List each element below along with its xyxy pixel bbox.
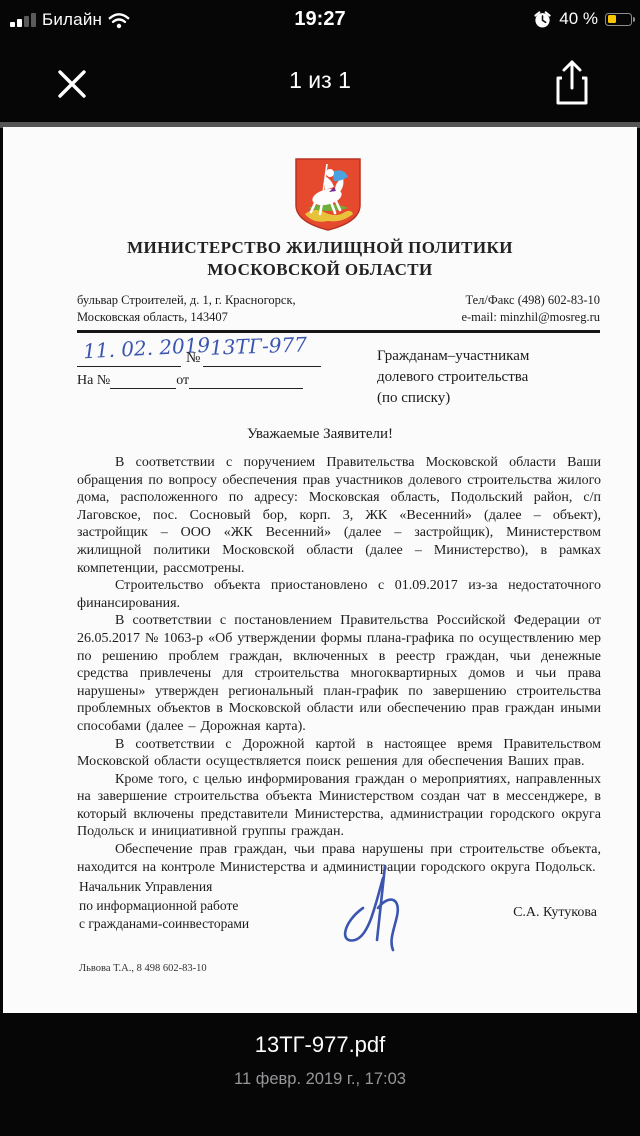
viewer-toolbar: 1 из 1: [0, 50, 640, 116]
letter-paragraph: В соответствии с Дорожной картой в насто…: [77, 736, 601, 771]
letter-paragraph: В соответствии с поручением Правительств…: [77, 454, 601, 577]
reference-line: На № от: [77, 369, 303, 389]
addressee-line2: долевого строительства: [377, 367, 529, 388]
moscow-oblast-coat-of-arms: [292, 157, 364, 232]
number-sign: №: [186, 350, 200, 367]
address-line2: Московская область, 143407: [77, 309, 296, 326]
handwritten-number: 13ТГ-977: [210, 332, 308, 359]
ref-label-na: На №: [77, 373, 110, 389]
alarm-icon: [533, 10, 552, 29]
addressee-block: Гражданам–участникам долевого строительс…: [377, 346, 529, 409]
signer-name: С.А. Кутукова: [513, 905, 597, 921]
status-bar: Билайн 19:27 40 %: [0, 0, 640, 42]
battery-percent-label: 40 %: [559, 9, 598, 29]
salutation: Уважаемые Заявители!: [3, 426, 637, 443]
letter-paragraph: Кроме того, с целью информирования гражд…: [77, 771, 601, 841]
ministry-title-line2: МОСКОВСКОЙ ОБЛАСТИ: [3, 260, 637, 280]
signer-position-line3: с гражданами-соинвесторами: [79, 915, 249, 934]
letter-paragraph: В соответствии с постановлением Правител…: [77, 612, 601, 735]
page-indicator: 1 из 1: [0, 67, 640, 94]
address-line1: бульвар Строителей, д. 1, г. Красногорск…: [77, 292, 296, 309]
ref-underline-1: [110, 371, 176, 389]
file-info: 13ТГ-977.pdf 11 февр. 2019 г., 17:03: [0, 1032, 640, 1089]
ministry-title-line1: МИНИСТЕРСТВО ЖИЛИЩНОЙ ПОЛИТИКИ: [3, 238, 637, 258]
signer-position: Начальник Управления по информационной р…: [79, 878, 249, 934]
share-icon[interactable]: [550, 58, 594, 108]
letter-paragraph: Строительство объекта приостановлено с 0…: [77, 577, 601, 612]
executor-contact: Львова Т.А., 8 498 602-83-10: [79, 963, 207, 974]
addressee-line1: Гражданам–участникам: [377, 346, 529, 367]
pdf-page[interactable]: МИНИСТЕРСТВО ЖИЛИЩНОЙ ПОЛИТИКИ МОСКОВСКО…: [3, 127, 637, 1013]
handwritten-signature: [333, 860, 415, 952]
signer-position-line1: Начальник Управления: [79, 878, 249, 897]
file-name: 13ТГ-977.pdf: [0, 1032, 640, 1058]
addressee-line3: (по списку): [377, 388, 529, 409]
screen: Билайн 19:27 40 % 1 из 1: [0, 0, 640, 1136]
battery-icon: [605, 13, 632, 26]
signer-position-line2: по информационной работе: [79, 897, 249, 916]
ministry-contacts: Тел/Факс (498) 602-83-10 e-mail: minzhil…: [461, 292, 600, 326]
letter-body: В соответствии с поручением Правительств…: [77, 454, 601, 876]
ref-label-ot: от: [176, 373, 189, 389]
email-line: e-mail: minzhil@mosreg.ru: [461, 309, 600, 326]
phone-line: Тел/Факс (498) 602-83-10: [461, 292, 600, 309]
ministry-address: бульвар Строителей, д. 1, г. Красногорск…: [77, 292, 296, 326]
ref-underline-2: [189, 371, 303, 389]
letterhead-divider: [77, 330, 600, 333]
file-timestamp: 11 февр. 2019 г., 17:03: [0, 1070, 640, 1089]
